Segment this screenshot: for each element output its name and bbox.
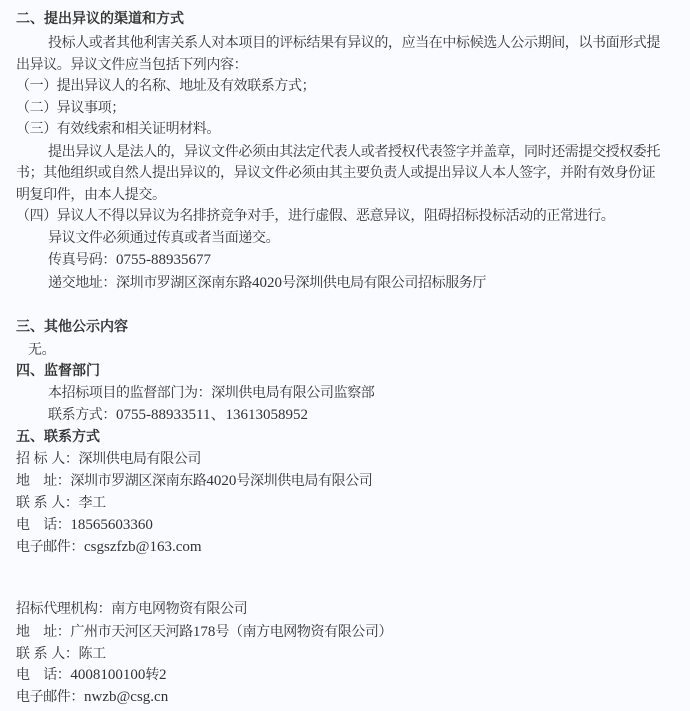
supervision-contact-line: 联系方式：0755-88933511、13613058952 (48, 405, 308, 425)
tenderer-name: 深圳供电局有限公司 (79, 451, 201, 467)
list-item: （一）提出异议人的名称、地址及有效联系方式； (16, 76, 315, 96)
agency-email-label: 电子邮件： (16, 689, 84, 705)
list-item: （二）异议事项； (16, 98, 125, 118)
list-item: （三）有效线索和相关证明材料。 (16, 119, 220, 139)
supervision-contact-value: 0755-88933511、13613058952 (116, 407, 308, 423)
agency-phone-ext: 2 (159, 667, 167, 683)
agency-email: nwzb@csg.cn (84, 689, 168, 705)
paragraph-line: 异议文件必须通过传真或者当面递交。 (48, 228, 279, 248)
other-content-text: 无。 (28, 340, 55, 360)
submit-address-prefix: 深圳市罗湖区深南东路 (116, 275, 252, 291)
paragraph-line: 提出异议人是法人的，异议文件必须由其法定代表人或者授权代表签字并盖章，同时还需提… (48, 142, 660, 162)
section-heading-other-content: 三、其他公示内容 (16, 317, 128, 337)
fax-number: 0755-88935677 (116, 252, 211, 268)
submit-address-label: 递交地址： (48, 275, 116, 291)
agency-phone-ext-word: 转 (145, 667, 159, 683)
agency-address-line: 地 址：广州市天河区天河路178号（南方电网物资有限公司） (16, 622, 392, 642)
fax-label: 传真号码： (48, 252, 116, 268)
agency-phone: 4008100100 (70, 667, 145, 683)
agency-address-prefix: 广州市天河区天河路 (70, 624, 192, 640)
supervision-contact-label: 联系方式： (48, 407, 116, 423)
tenderer-contact-line: 联 系 人：李工 (16, 493, 106, 513)
agency-contact-person: 陈工 (79, 646, 106, 662)
submit-address-number: 4020 (252, 275, 282, 291)
tenderer-email-label: 电子邮件： (16, 539, 84, 555)
tenderer-contact-label: 联 系 人： (16, 495, 79, 511)
submit-address-suffix: 号深圳供电局有限公司招标服务厅 (282, 275, 486, 291)
tenderer-email: csgszfzb@163.com (84, 539, 202, 555)
tenderer-address-prefix: 深圳市罗湖区深南东路 (70, 473, 206, 489)
section-heading-supervision: 四、监督部门 (16, 361, 100, 381)
tenderer-name-label: 招 标 人： (16, 451, 79, 467)
supervision-dept-line: 本招标项目的监督部门为：深圳供电局有限公司监察部 (48, 383, 374, 403)
fax-line: 传真号码：0755-88935677 (48, 250, 211, 270)
section-heading-contact: 五、联系方式 (16, 427, 100, 447)
agency-address-number: 178 (193, 624, 216, 640)
list-item: （四）异议人不得以异议为名排挤竞争对手，进行虚假、恶意异议，阻碍招标投标活动的正… (16, 206, 614, 226)
agency-name-line: 招标代理机构：南方电网物资有限公司 (16, 599, 247, 619)
agency-phone-line: 电 话：4008100100转2 (16, 665, 167, 685)
tenderer-address-number: 4020 (206, 473, 236, 489)
paragraph-line: 投标人或者其他利害关系人对本项目的评标结果有异议的，应当在中标候选人公示期间，以… (48, 33, 660, 53)
section-heading-objection-channels: 二、提出异议的渠道和方式 (16, 9, 184, 29)
agency-address-suffix: 号（南方电网物资有限公司） (215, 624, 392, 640)
tenderer-phone-label: 电 话： (16, 517, 70, 533)
paragraph-line: 明复印件，由本人提交。 (16, 185, 166, 205)
agency-phone-label: 电 话： (16, 667, 70, 683)
agency-email-line: 电子邮件：nwzb@csg.cn (16, 687, 168, 707)
tenderer-contact-person: 李工 (79, 495, 106, 511)
agency-contact-label: 联 系 人： (16, 646, 79, 662)
agency-name: 南方电网物资有限公司 (111, 601, 247, 617)
tenderer-email-line: 电子邮件：csgszfzb@163.com (16, 537, 202, 557)
tenderer-phone-line: 电 话：18565603360 (16, 515, 153, 535)
tenderer-name-line: 招 标 人：深圳供电局有限公司 (16, 449, 201, 469)
tenderer-phone: 18565603360 (70, 517, 153, 533)
paragraph-line: 书；其他组织或自然人提出异议的，异议文件必须由其主要负责人或提出异议人本人签字，… (16, 163, 655, 183)
agency-contact-line: 联 系 人：陈工 (16, 644, 106, 664)
tenderer-address-line: 地 址：深圳市罗湖区深南东路4020号深圳供电局有限公司 (16, 471, 372, 491)
tenderer-address-label: 地 址： (16, 473, 70, 489)
tenderer-address-suffix: 号深圳供电局有限公司 (236, 473, 372, 489)
submit-address-line: 递交地址：深圳市罗湖区深南东路4020号深圳供电局有限公司招标服务厅 (48, 273, 486, 293)
paragraph-line: 出异议。异议文件应当包括下列内容： (16, 55, 247, 75)
agency-address-label: 地 址： (16, 624, 70, 640)
agency-name-label: 招标代理机构： (16, 601, 111, 617)
